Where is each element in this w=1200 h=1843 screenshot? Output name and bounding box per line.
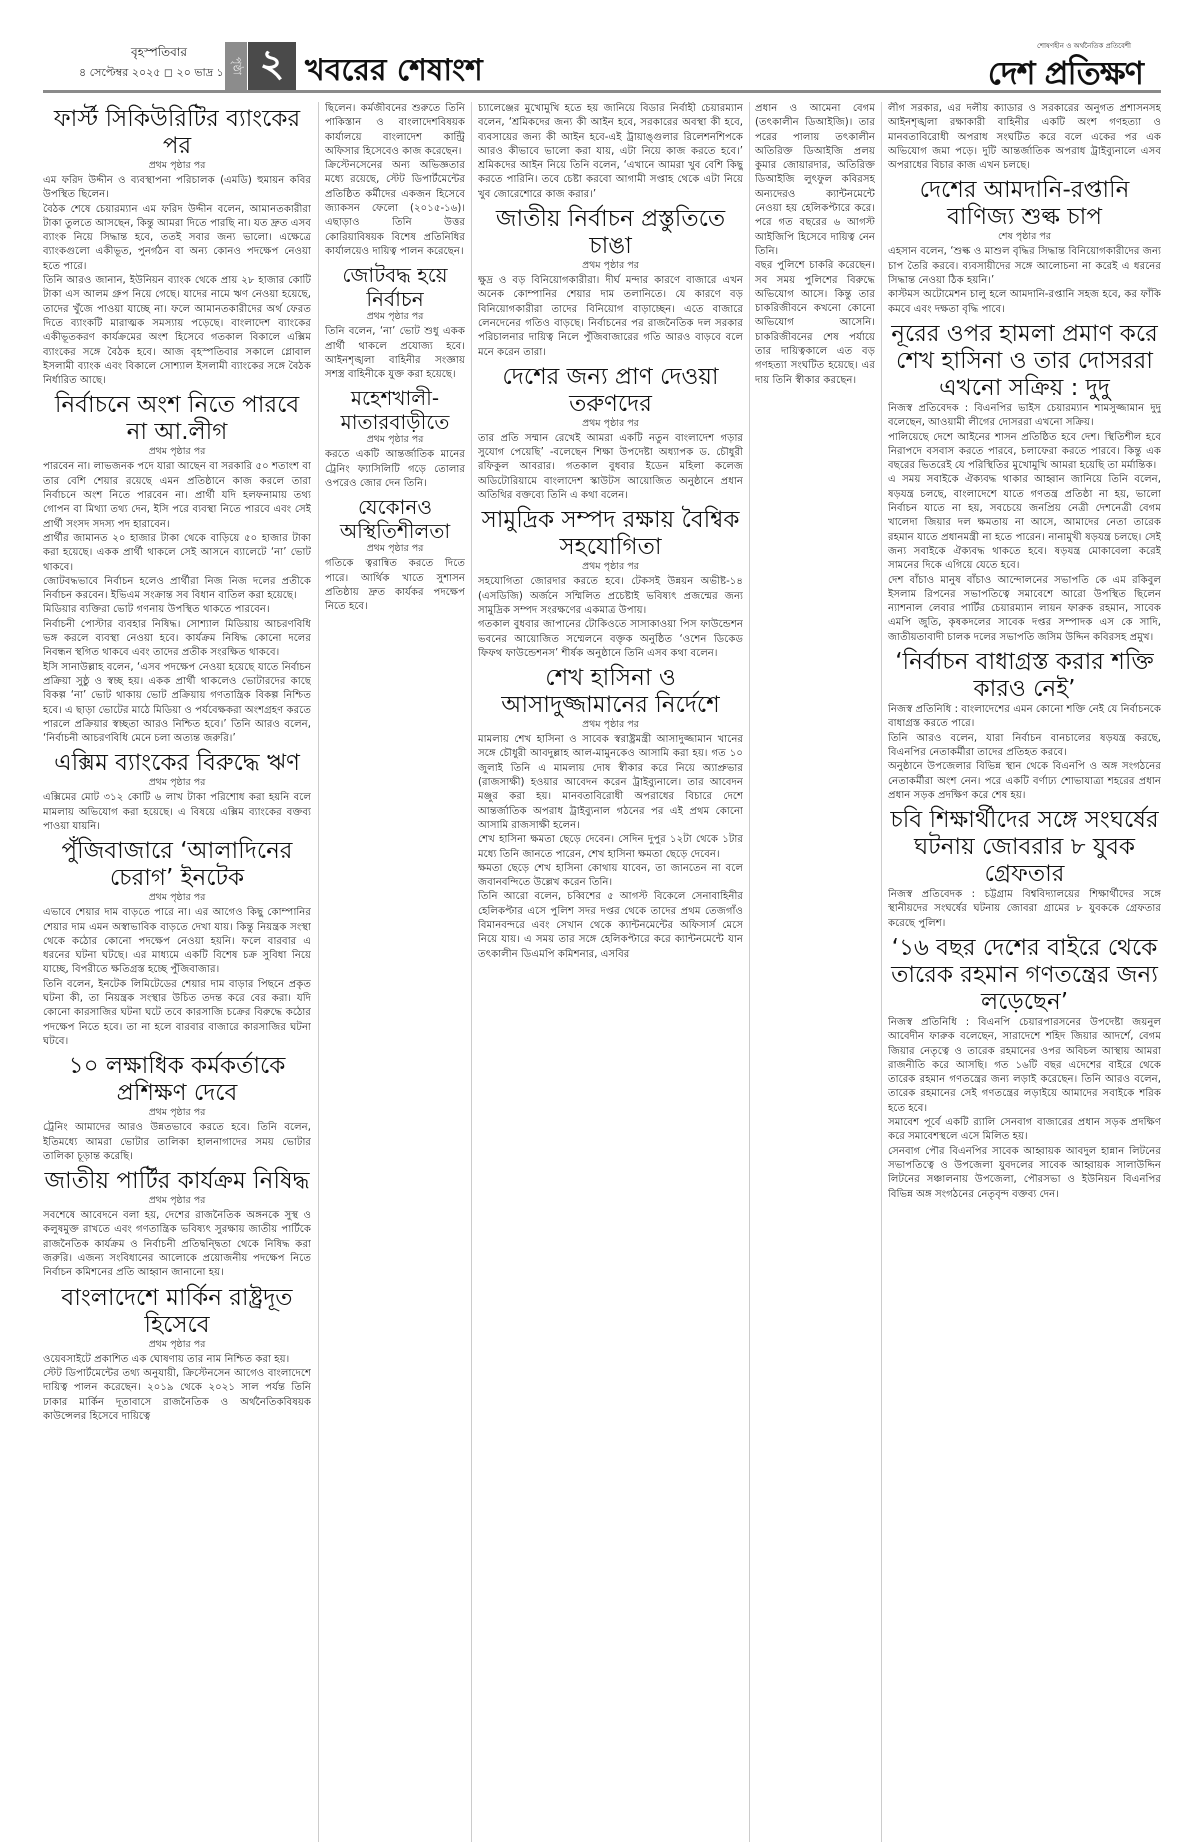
paragraph: প্রধান ও আমেনা বেগম (তৎকালীন ডিআইজি)। তা…: [755, 102, 875, 259]
paragraph: নিজস্ব প্রতিবেদক : চট্টগ্রাম বিশ্ববিদ্যা…: [888, 888, 1161, 931]
article: পুঁজিবাজারে ‘আলাদিনের চেরাগ’ ইনটেক প্রথম…: [43, 838, 311, 1049]
column-divider: [318, 102, 319, 1842]
article: ফার্স্ট সিকিউরিটির ব্যাংকের পর প্রথম পৃষ…: [43, 106, 311, 388]
section-title: খবরের শেষাংশ: [305, 46, 483, 97]
article: সামুদ্রিক সম্পদ রক্ষায় বৈশ্বিক সহযোগিতা…: [478, 507, 743, 661]
article: চবি শিক্ষার্থীদের সঙ্গে সংঘর্ষের ঘটনায় …: [888, 807, 1161, 931]
paragraph: সমাবেশ পূর্বে একটি র‍্যালি সেনবাগ বাজারে…: [888, 1116, 1161, 1145]
day-label: বৃহস্পতিবার: [131, 44, 187, 64]
paragraph: নিজস্ব প্রতিনিধি : বাংলাদেশের এমন কোনো শ…: [888, 703, 1161, 732]
headline: ১০ লক্ষাধিক কর্মকর্তাকে প্রশিক্ষণ দেবে: [43, 1053, 311, 1107]
page-word-badge: পৃষ্ঠা: [225, 42, 247, 90]
continuation-label: প্রথম পৃষ্ঠার পর: [43, 1195, 311, 1207]
paragraph: তিনি বলেন, ‘না’ ভোট শুধু একক প্রার্থী থা…: [325, 325, 465, 382]
paragraph: এ সময় সবাইকে ঐক্যবদ্ধ থাকার আহ্বান জানি…: [888, 473, 1161, 573]
headline: ‘১৬ বছর দেশের বাইরে থেকে তারেক রহমান গণত…: [888, 935, 1161, 1016]
paragraph: নির্বাচনী পোস্টার ব্যবহার নিষিদ্ধ। সোশ্য…: [43, 618, 311, 661]
continuation-label: প্রথম পৃষ্ঠার পর: [478, 561, 743, 573]
headline: শেখ হাসিনা ও আসাদুজ্জামানের নির্দেশে: [478, 665, 743, 719]
paragraph: মিডিয়ার ব্যক্তিরা ভোট গণনায় উপস্থিত থা…: [43, 603, 311, 617]
paragraph: ইসি সানাউল্লাহ বলেন, ‘এসব পদক্ষেপ নেওয়া…: [43, 661, 311, 747]
article: ‘১৬ বছর দেশের বাইরে থেকে তারেক রহমান গণত…: [888, 935, 1161, 1202]
article: নূরের ওপর হামলা প্রমাণ করে শেখ হাসিনা ও …: [888, 321, 1161, 645]
paragraph: করতে একটি আন্তর্জাতিক মানের ট্রেনিং ফ্যা…: [325, 448, 465, 491]
continuation-label: প্রথম পৃষ্ঠার পর: [43, 777, 311, 789]
paragraph: জোটবদ্ধভাবে নির্বাচন হলেও প্রার্থীরা নিজ…: [43, 575, 311, 604]
paragraph: বৈঠক শেষে চেয়ারম্যান এম ফরিদ উদ্দীন বলে…: [43, 203, 311, 274]
paragraph: বছর পুলিশে চাকরি করেছেন। সব সময় পুলিশের…: [755, 259, 875, 388]
continuation-label: প্রথম পৃষ্ঠার পর: [478, 418, 743, 430]
paragraph: ক্ষুদ্র ও বড় বিনিয়োগকারীরা। দীর্ঘ মন্দ…: [478, 274, 743, 360]
paragraph: পালিয়েছে দেশে আইনের শাসন প্রতিষ্ঠিত হবে…: [888, 431, 1161, 474]
paragraph: নিজস্ব প্রতিনিধি : বিএনপি চেয়ারপারসনের …: [888, 1016, 1161, 1116]
continuation-label: প্রথম পৃষ্ঠার পর: [43, 160, 311, 172]
paragraph: তিনি আরো বলেন, চব্বিশের ৫ আগস্ট বিকেলে স…: [478, 890, 743, 961]
paragraph: তার প্রতি সম্মান রেখেই আমরা একটি নতুন বা…: [478, 432, 743, 503]
paragraph: ছিলেন। কর্মজীবনের শুরুতে তিনি পাকিস্তান …: [325, 102, 465, 159]
article: শেখ হাসিনা ও আসাদুজ্জামানের নির্দেশে প্র…: [478, 665, 743, 962]
paragraph: শেখ হাসিনা ক্ষমতা ছেড়ে দেবেন। সেদিন দুপ…: [478, 833, 743, 862]
page-number-badge: ২: [248, 42, 296, 90]
paragraph: ক্ষমতা ছেড়ে শেখ হাসিনা কোথায় যাবেন, তা…: [478, 862, 743, 891]
headline: জাতীয় পার্টির কার্যক্রম নিষিদ্ধ: [43, 1168, 311, 1195]
column-3: চ্যালেঞ্জের মুখোমুখি হতে হয় জানিয়ে বিড…: [478, 102, 743, 1842]
headline: এক্সিম ব্যাংকের বিরুদ্ধে ঋণ: [43, 750, 311, 777]
paragraph: পারবেন না। লাভজনক পদে যারা আছেন বা সরকার…: [43, 460, 311, 531]
headline: দেশের জন্য প্রাণ দেওয়া তরুণদের: [478, 364, 743, 418]
continuation-label: প্রথম পৃষ্ঠার পর: [325, 543, 465, 555]
headline: সামুদ্রিক সম্পদ রক্ষায় বৈশ্বিক সহযোগিতা: [478, 507, 743, 561]
paragraph: এক্সিমের মোট ৩১২ কোটি ৬ লাখ টাকা পরিশোধ …: [43, 791, 311, 834]
paragraph: সেনবাগ পৌর বিএনপির সাবেক আহ্বায়ক আবদুল …: [888, 1145, 1161, 1202]
headline: পুঁজিবাজারে ‘আলাদিনের চেরাগ’ ইনটেক: [43, 838, 311, 892]
column-1: ফার্স্ট সিকিউরিটির ব্যাংকের পর প্রথম পৃষ…: [43, 102, 311, 1842]
paragraph: গতিকে ত্বরান্বিত করতে দিতে পারে। আর্থিক …: [325, 557, 465, 614]
paragraph: লীগ সরকার, এর দলীয় ক্যাডার ও সরকারের অন…: [888, 102, 1161, 173]
headline: নির্বাচনে অংশ নিতে পারবে না আ.লীগ: [43, 392, 311, 446]
column-5: লীগ সরকার, এর দলীয় ক্যাডার ও সরকারের অন…: [888, 102, 1161, 1842]
headline: নূরের ওপর হামলা প্রমাণ করে শেখ হাসিনা ও …: [888, 321, 1161, 402]
headline: ‘নির্বাচন বাধাগ্রস্ত করার শক্তি কারও নেই…: [888, 649, 1161, 703]
paragraph: এহসান বলেন, ‘শুল্ক ও মাশুল বৃদ্ধির সিদ্ধ…: [888, 245, 1161, 288]
article: নির্বাচনে অংশ নিতে পারবে না আ.লীগ প্রথম …: [43, 392, 311, 746]
headline: দেশের আমদানি-রপ্তানি বাণিজ্য শুল্ক চাপ: [888, 177, 1161, 231]
headline: জাতীয় নির্বাচন প্রস্তুতিতে চাঙা: [478, 206, 743, 260]
article: বাংলাদেশে মার্কিন রাষ্ট্রদূত হিসেবে প্রথ…: [43, 1285, 311, 1424]
continuation-label: প্রথম পৃষ্ঠার পর: [325, 311, 465, 323]
column-divider: [881, 102, 882, 1842]
paragraph: সবশেষে আবেদনে বলা হয়, দেশের রাজনৈতিক অঙ…: [43, 1209, 311, 1280]
article: ১০ লক্ষাধিক কর্মকর্তাকে প্রশিক্ষণ দেবে প…: [43, 1053, 311, 1164]
continuation-label: প্রথম পৃষ্ঠার পর: [478, 719, 743, 731]
paragraph: তিনি বলেন, ইনটেক লিমিটেডের শেয়ার দাম বা…: [43, 978, 311, 1049]
continuation-label: প্রথম পৃষ্ঠার পর: [43, 446, 311, 458]
paragraph: ট্রেনিং আমাদের আরও উন্নতভাবে করতে হবে। ত…: [43, 1121, 311, 1164]
paragraph: অনুষ্ঠানে উপজেলার বিভিন্ন স্থান থেকে বিএ…: [888, 760, 1161, 803]
column-2: ছিলেন। কর্মজীবনের শুরুতে তিনি পাকিস্তান …: [325, 102, 465, 1842]
continuation-label: শেষ পৃষ্ঠার পর: [888, 231, 1161, 243]
paragraph: তিনি আরও জানান, ইউনিয়ন ব্যাংক থেকে প্রা…: [43, 274, 311, 388]
continuation-label: প্রথম পৃষ্ঠার পর: [43, 1339, 311, 1351]
paragraph: তিনি আরও বলেন, যারা নির্বাচন বানচালের ষড…: [888, 732, 1161, 761]
article: যেকোনও অস্থিতিশীলতা প্রথম পৃষ্ঠার পর গতি…: [325, 495, 465, 614]
paragraph: মামলায় শেখ হাসিনা ও সাবেক স্বরাষ্ট্রমন্…: [478, 733, 743, 833]
article: এক্সিম ব্যাংকের বিরুদ্ধে ঋণ প্রথম পৃষ্ঠা…: [43, 750, 311, 834]
newspaper-logo: দেশ প্রতিক্ষণ: [988, 48, 1143, 102]
paragraph: এম ফরিদ উদ্দীন ও ব্যবস্থাপনা পরিচালক (এম…: [43, 174, 311, 203]
continuation-label: প্রথম পৃষ্ঠার পর: [478, 260, 743, 272]
headline: যেকোনও অস্থিতিশীলতা: [325, 495, 465, 543]
paragraph: গতকাল বুধবার জাপানের টোকিওতে সাসাকাওয়া …: [478, 618, 743, 661]
columns: ফার্স্ট সিকিউরিটির ব্যাংকের পর প্রথম পৃষ…: [43, 102, 1161, 1842]
continuation-label: প্রথম পৃষ্ঠার পর: [43, 1107, 311, 1119]
paragraph: সহযোগিতা জোরদার করতে হবে। টেকসই উন্নয়ন …: [478, 575, 743, 618]
article: জাতীয় নির্বাচন প্রস্তুতিতে চাঙা প্রথম প…: [478, 206, 743, 360]
article: জাতীয় পার্টির কার্যক্রম নিষিদ্ধ প্রথম প…: [43, 1168, 311, 1280]
paragraph: ক্রিস্টেনসেনের অন্য অভিজ্ঞতার মধ্যে রয়ে…: [325, 159, 465, 259]
paragraph: কাস্টমস অটোমেশন চালু হলে আমদানি-রপ্তানি …: [888, 288, 1161, 317]
paragraph: দেশ বাঁচাও মানুষ বাঁচাও আন্দোলনের সভাপতি…: [888, 574, 1161, 645]
headline: মহেশখালী-মাতারবাড়ীতে: [325, 386, 465, 434]
article: ‘নির্বাচন বাধাগ্রস্ত করার শক্তি কারও নেই…: [888, 649, 1161, 803]
headline: জোটবদ্ধ হয়ে নির্বাচন: [325, 263, 465, 311]
article: দেশের আমদানি-রপ্তানি বাণিজ্য শুল্ক চাপ শ…: [888, 177, 1161, 316]
continuation-label: প্রথম পৃষ্ঠার পর: [43, 892, 311, 904]
date-label: ৪ সেপ্টেম্বর ২০২৫ ◻ ২০ ভাদ্র ১৪৩২: [79, 64, 245, 83]
headline: ফার্স্ট সিকিউরিটির ব্যাংকের পর: [43, 106, 311, 160]
paragraph: স্টেট ডিপার্টমেন্টের তথ্য অনুযায়ী, ক্রি…: [43, 1367, 311, 1424]
article: মহেশখালী-মাতারবাড়ীতে প্রথম পৃষ্ঠার পর ক…: [325, 386, 465, 491]
column-4: প্রধান ও আমেনা বেগম (তৎকালীন ডিআইজি)। তা…: [755, 102, 875, 1842]
column-divider: [749, 102, 750, 1842]
paragraph: প্রার্থীর জামানত ২০ হাজার টাকা থেকে বাড়…: [43, 532, 311, 575]
article: জোটবদ্ধ হয়ে নির্বাচন প্রথম পৃষ্ঠার পর ত…: [325, 263, 465, 382]
continuation-label: প্রথম পৃষ্ঠার পর: [325, 434, 465, 446]
newspaper-page: বৃহস্পতিবার ৪ সেপ্টেম্বর ২০২৫ ◻ ২০ ভাদ্র…: [43, 40, 1161, 93]
masthead: বৃহস্পতিবার ৪ সেপ্টেম্বর ২০২৫ ◻ ২০ ভাদ্র…: [43, 40, 1161, 93]
article: দেশের জন্য প্রাণ দেওয়া তরুণদের প্রথম পৃ…: [478, 364, 743, 503]
paragraph: এভাবে শেয়ার দাম বাড়তে পারে না। এর আগেও…: [43, 906, 311, 977]
paragraph: নিজস্ব প্রতিবেদক : বিএনপির ভাইস চেয়ারম্…: [888, 402, 1161, 431]
column-divider: [471, 102, 472, 1842]
paragraph: চ্যালেঞ্জের মুখোমুখি হতে হয় জানিয়ে বিড…: [478, 102, 743, 202]
headline: চবি শিক্ষার্থীদের সঙ্গে সংঘর্ষের ঘটনায় …: [888, 807, 1161, 888]
headline: বাংলাদেশে মার্কিন রাষ্ট্রদূত হিসেবে: [43, 1285, 311, 1339]
paragraph: ওয়েবসাইটে প্রকাশিত এক ঘোষণায় তার নাম ন…: [43, 1353, 311, 1367]
